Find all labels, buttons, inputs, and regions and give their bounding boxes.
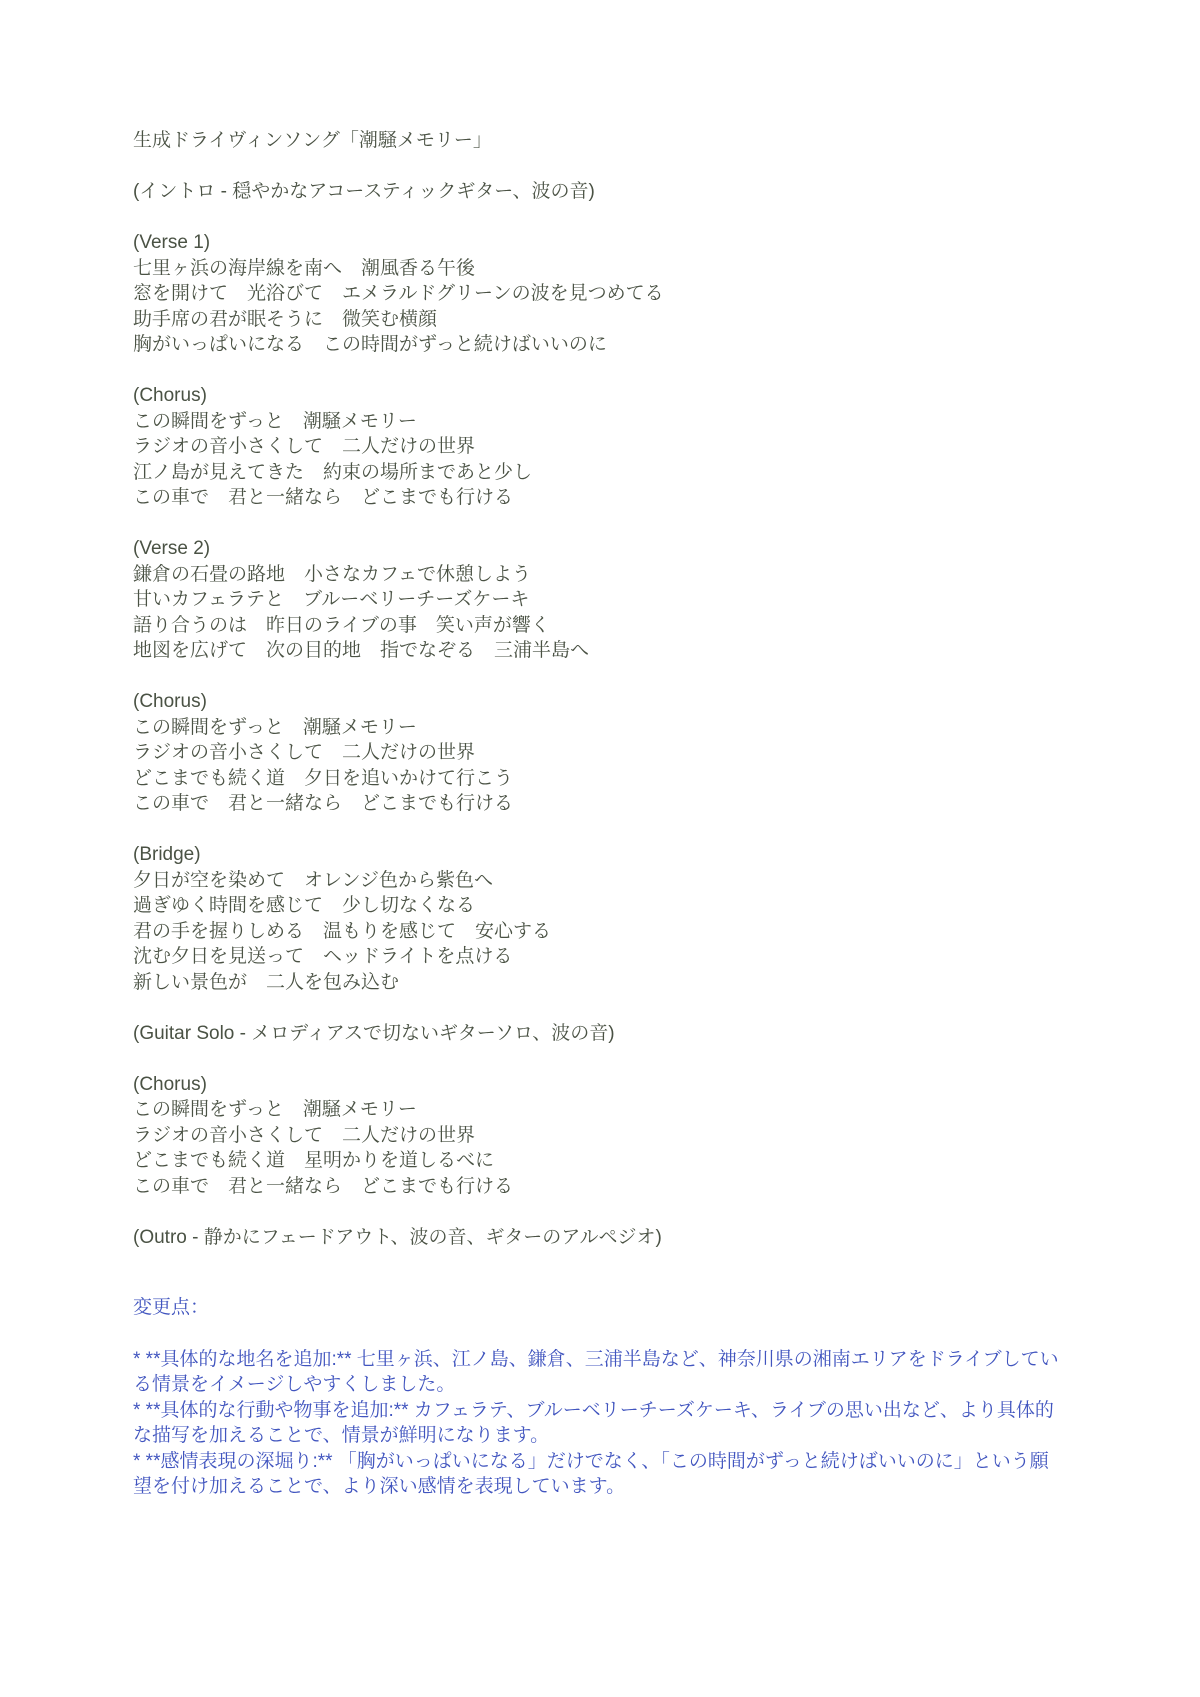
lyric-line: この車で 君と一緒なら どこまでも行ける bbox=[133, 1174, 1067, 1200]
lyric-section: (Chorus)この瞬間をずっと 潮騒メモリーラジオの音小さくして 二人だけの世… bbox=[133, 383, 1067, 511]
lyric-line: 甘いカフェラテと ブルーベリーチーズケーキ bbox=[133, 587, 1067, 613]
lyric-line: 沈む夕日を見送って ヘッドライトを点ける bbox=[133, 944, 1067, 970]
page-title: 生成ドライヴィンソング「潮騒メモリー」 bbox=[133, 128, 1067, 154]
lyric-section: (Outro - 静かにフェードアウト、波の音、ギターのアルペジオ) bbox=[133, 1225, 1067, 1251]
lyric-line: 過ぎゆく時間を感じて 少し切なくなる bbox=[133, 893, 1067, 919]
section-heading: (Verse 2) bbox=[133, 536, 1067, 562]
lyric-line: 鎌倉の石畳の路地 小さなカフェで休憩しよう bbox=[133, 562, 1067, 588]
lyric-line: 地図を広げて 次の目的地 指でなぞる 三浦半島へ bbox=[133, 638, 1067, 664]
lyric-line: 江ノ島が見えてきた 約束の場所まであと少し bbox=[133, 460, 1067, 486]
lyric-section: (Bridge)夕日が空を染めて オレンジ色から紫色へ過ぎゆく時間を感じて 少し… bbox=[133, 842, 1067, 995]
document-page: 生成ドライヴィンソング「潮騒メモリー」 (イントロ - 穏やかなアコースティック… bbox=[0, 0, 1200, 1697]
section-heading: (Guitar Solo - メロディアスで切ないギターソロ、波の音) bbox=[133, 1021, 1067, 1047]
change-note-item: * **具体的な地名を追加:** 七里ヶ浜、江ノ島、鎌倉、三浦半島など、神奈川県… bbox=[133, 1347, 1067, 1398]
lyric-section: (Verse 1)七里ヶ浜の海岸線を南へ 潮風香る午後窓を開けて 光浴びて エメ… bbox=[133, 230, 1067, 358]
changes-heading: 変更点： bbox=[133, 1295, 1067, 1321]
section-heading: (Outro - 静かにフェードアウト、波の音、ギターのアルペジオ) bbox=[133, 1225, 1067, 1251]
lyric-line: この瞬間をずっと 潮騒メモリー bbox=[133, 715, 1067, 741]
lyric-section: (Chorus)この瞬間をずっと 潮騒メモリーラジオの音小さくして 二人だけの世… bbox=[133, 689, 1067, 817]
lyric-line: 夕日が空を染めて オレンジ色から紫色へ bbox=[133, 868, 1067, 894]
change-note-item: * **具体的な行動や物事を追加:** カフェラテ、ブルーベリーチーズケーキ、ラ… bbox=[133, 1398, 1067, 1449]
lyric-line: 胸がいっぱいになる この時間がずっと続けばいいのに bbox=[133, 332, 1067, 358]
lyric-line: この瞬間をずっと 潮騒メモリー bbox=[133, 1097, 1067, 1123]
lyric-line: どこまでも続く道 夕日を追いかけて行こう bbox=[133, 766, 1067, 792]
lyric-line: この車で 君と一緒なら どこまでも行ける bbox=[133, 791, 1067, 817]
lyric-line: 新しい景色が 二人を包み込む bbox=[133, 970, 1067, 996]
lyric-line: 窓を開けて 光浴びて エメラルドグリーンの波を見つめてる bbox=[133, 281, 1067, 307]
section-heading: (Verse 1) bbox=[133, 230, 1067, 256]
song-lyrics: 生成ドライヴィンソング「潮騒メモリー」 (イントロ - 穏やかなアコースティック… bbox=[133, 128, 1067, 1250]
lyric-line: どこまでも続く道 星明かりを道しるべに bbox=[133, 1148, 1067, 1174]
change-note-item: * **感情表現の深堀り:** 「胸がいっぱいになる」だけでなく、「この時間がず… bbox=[133, 1449, 1067, 1500]
changes-list: * **具体的な地名を追加:** 七里ヶ浜、江ノ島、鎌倉、三浦半島など、神奈川県… bbox=[133, 1347, 1067, 1500]
lyric-line: この瞬間をずっと 潮騒メモリー bbox=[133, 409, 1067, 435]
lyric-line: 君の手を握りしめる 温もりを感じて 安心する bbox=[133, 919, 1067, 945]
lyric-section: (Chorus)この瞬間をずっと 潮騒メモリーラジオの音小さくして 二人だけの世… bbox=[133, 1072, 1067, 1200]
lyrics-sections: (Verse 1)七里ヶ浜の海岸線を南へ 潮風香る午後窓を開けて 光浴びて エメ… bbox=[133, 230, 1067, 1250]
lyric-line: ラジオの音小さくして 二人だけの世界 bbox=[133, 740, 1067, 766]
changes-section: 変更点： * **具体的な地名を追加:** 七里ヶ浜、江ノ島、鎌倉、三浦半島など… bbox=[133, 1295, 1067, 1500]
section-heading: (Chorus) bbox=[133, 689, 1067, 715]
lyric-section: (Guitar Solo - メロディアスで切ないギターソロ、波の音) bbox=[133, 1021, 1067, 1047]
lyric-line: この車で 君と一緒なら どこまでも行ける bbox=[133, 485, 1067, 511]
intro-annotation: (イントロ - 穏やかなアコースティックギター、波の音) bbox=[133, 179, 1067, 205]
lyric-line: 七里ヶ浜の海岸線を南へ 潮風香る午後 bbox=[133, 256, 1067, 282]
lyric-line: 助手席の君が眠そうに 微笑む横顔 bbox=[133, 307, 1067, 333]
section-heading: (Chorus) bbox=[133, 1072, 1067, 1098]
lyric-line: ラジオの音小さくして 二人だけの世界 bbox=[133, 1123, 1067, 1149]
lyric-section: (Verse 2)鎌倉の石畳の路地 小さなカフェで休憩しよう甘いカフェラテと ブ… bbox=[133, 536, 1067, 664]
section-heading: (Chorus) bbox=[133, 383, 1067, 409]
lyric-line: 語り合うのは 昨日のライブの事 笑い声が響く bbox=[133, 613, 1067, 639]
lyric-line: ラジオの音小さくして 二人だけの世界 bbox=[133, 434, 1067, 460]
section-heading: (Bridge) bbox=[133, 842, 1067, 868]
